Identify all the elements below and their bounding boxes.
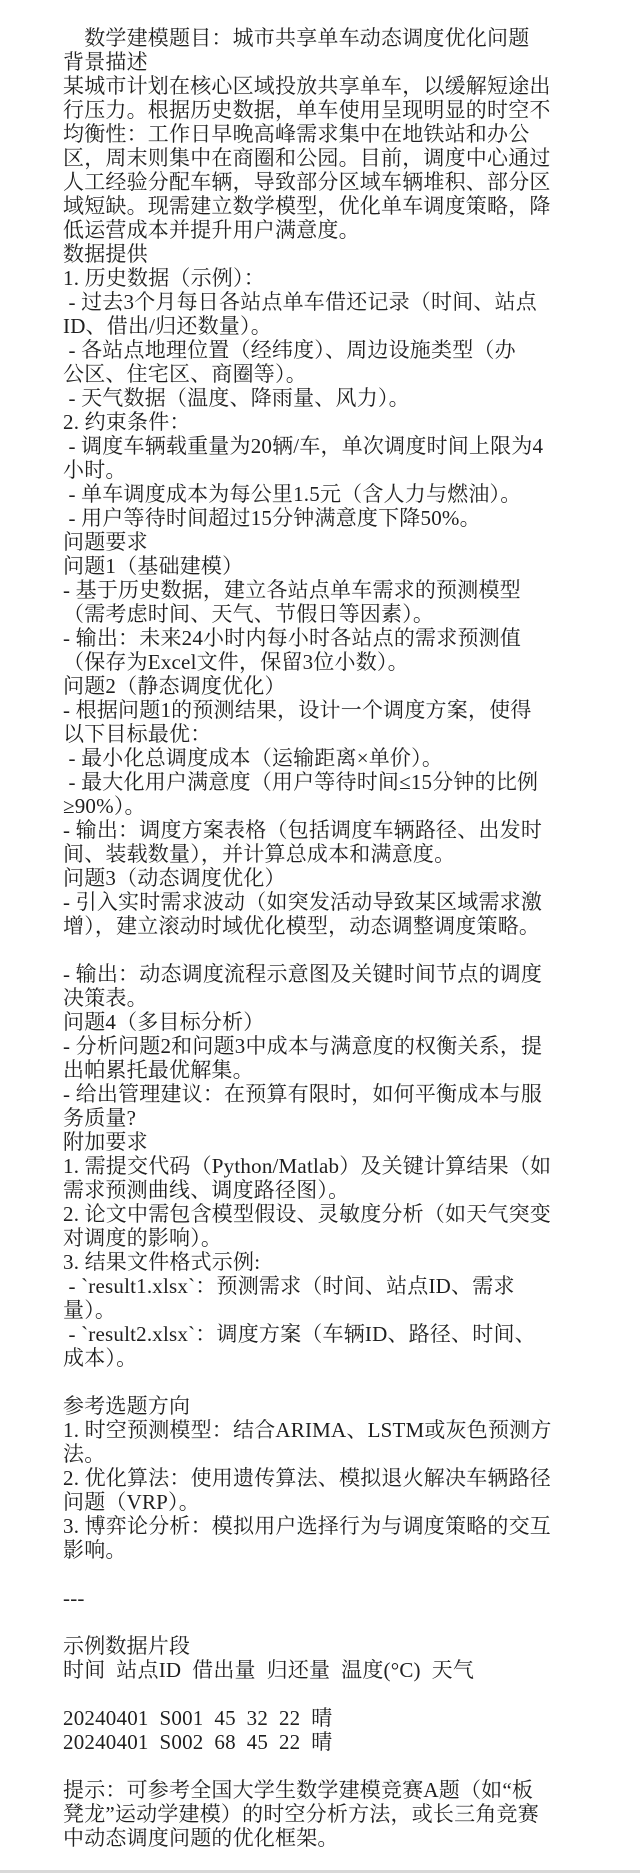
section-heading-reference: 参考选题方向 [63,1394,610,1418]
text-line [63,1610,610,1634]
text-line: 凳龙”运动学建模）的时空分析方法，或长三角竞赛 [63,1802,610,1826]
text-line: - 输出：动态调度流程示意图及关键时间节点的调度 [63,962,610,986]
text-line [63,1754,610,1778]
text-line [63,1370,610,1394]
text-line: 法。 [63,1442,610,1466]
text-line: - 各站点地理位置（经纬度）、周边设施类型（办 [63,338,610,362]
text-line: 人工经验分配车辆，导致部分区域车辆堆积、部分区 [63,170,610,194]
text-line [63,1562,610,1586]
text-line: - 引入实时需求波动（如突发活动导致某区域需求激 [63,890,610,914]
section-heading-requirements: 问题要求 [63,530,610,554]
text-line: 小时。 [63,458,610,482]
text-line: 务质量? [63,1106,610,1130]
text-line: 低运营成本并提升用户满意度。 [63,218,610,242]
sample-table-row-1: 20240401 S001 45 32 22 晴 [63,1706,610,1730]
text-line: 增），建立滚动时域优化模型，动态调整调度策略。 [63,914,610,938]
text-line [63,938,610,962]
text-line: 2. 约束条件： [63,410,610,434]
section-heading-additional: 附加要求 [63,1130,610,1154]
text-line: - 给出管理建议：在预算有限时，如何平衡成本与服 [63,1082,610,1106]
text-line: 2. 论文中需包含模型假设、灵敏度分析（如天气突变 [63,1202,610,1226]
text-line: - 过去3个月每日各站点单车借还记录（时间、站点 [63,290,610,314]
text-line: 3. 结果文件格式示例: [63,1250,610,1274]
text-line: - 用户等待时间超过15分钟满意度下降50%。 [63,506,610,530]
text-line: 对调度的影响）。 [63,1226,610,1250]
text-line: （需考虑时间、天气、节假日等因素）。 [63,602,610,626]
problem-4-heading: 问题4（多目标分析） [63,1010,610,1034]
text-line: - 单车调度成本为每公里1.5元（含人力与燃油）。 [63,482,610,506]
text-line: - 天气数据（温度、降雨量、风力）。 [63,386,610,410]
text-line: 决策表。 [63,986,610,1010]
text-line [63,1682,610,1706]
text-line: 量）。 [63,1298,610,1322]
document-body: 数学建模题目：城市共享单车动态调度优化问题背景描述某城市计划在核心区域投放共享单… [0,0,640,1850]
text-line: - `result1.xlsx`：预测需求（时间、站点ID、需求 [63,1274,610,1298]
text-line: 影响。 [63,1538,610,1562]
text-line: - `result2.xlsx`：调度方案（车辆ID、路径、时间、 [63,1322,610,1346]
text-line: 成本）。 [63,1346,610,1370]
screenshot-root: { "page": { "background": "#ffffff", "te… [0,0,640,1873]
text-line: ID、借出/归还数量）。 [63,314,610,338]
text-line: 问题（VRP）。 [63,1490,610,1514]
sample-table-row-2: 20240401 S002 68 45 22 晴 [63,1730,610,1754]
text-line: 公区、住宅区、商圈等）。 [63,362,610,386]
text-line: 区，周末则集中在商圈和公园。目前，调度中心通过 [63,146,610,170]
text-line: - 基于历史数据，建立各站点单车需求的预测模型 [63,578,610,602]
text-line: - 输出：调度方案表格（包括调度车辆路径、出发时 [63,818,610,842]
text-line: 需求预测曲线、调度路径图）。 [63,1178,610,1202]
divider-dashes: --- [63,1586,610,1610]
section-heading-sample-data: 示例数据片段 [63,1634,610,1658]
text-line: ≥90%）。 [63,794,610,818]
text-line: 域短缺。现需建立数学模型，优化单车调度策略，降 [63,194,610,218]
text-line: 以下目标最优： [63,722,610,746]
text-line: 2. 优化算法：使用遗传算法、模拟退火解决车辆路径 [63,1466,610,1490]
sample-table-header: 时间 站点ID 借出量 归还量 温度(°C) 天气 [63,1658,610,1682]
section-heading-background: 背景描述 [63,50,610,74]
text-line: 1. 历史数据（示例）： [63,266,610,290]
text-line: 提示：可参考全国大学生数学建模竞赛A题（如“板 [63,1778,610,1802]
text-line: - 分析问题2和问题3中成本与满意度的权衡关系，提 [63,1034,610,1058]
text-line: 某城市计划在核心区域投放共享单车，以缓解短途出 [63,74,610,98]
text-line: 均衡性：工作日早晚高峰需求集中在地铁站和办公 [63,122,610,146]
section-heading-data: 数据提供 [63,242,610,266]
problem-3-heading: 问题3（动态调度优化） [63,866,610,890]
text-line: 3. 博弈论分析：模拟用户选择行为与调度策略的交互 [63,1514,610,1538]
text-line: 1. 需提交代码（Python/Matlab）及关键计算结果（如 [63,1154,610,1178]
text-line: - 调度车辆载重量为20辆/车，单次调度时间上限为4 [63,434,610,458]
problem-1-heading: 问题1（基础建模） [63,554,610,578]
text-line: - 最小化总调度成本（运输距离×单价）。 [63,746,610,770]
text-line: - 根据问题1的预测结果，设计一个调度方案，使得 [63,698,610,722]
text-line: （保存为Excel文件，保留3位小数）。 [63,650,610,674]
text-line: - 最大化用户满意度（用户等待时间≤15分钟的比例 [63,770,610,794]
document-title: 数学建模题目：城市共享单车动态调度优化问题 [63,26,610,50]
text-line: 间、装载数量），并计算总成本和满意度。 [63,842,610,866]
text-line: 1. 时空预测模型：结合ARIMA、LSTM或灰色预测方 [63,1418,610,1442]
text-line: 行压力。根据历史数据，单车使用呈现明显的时空不 [63,98,610,122]
text-line: - 输出：未来24小时内每小时各站点的需求预测值 [63,626,610,650]
problem-2-heading: 问题2（静态调度优化） [63,674,610,698]
text-line: 中动态调度问题的优化框架。 [63,1826,610,1850]
text-line: 出帕累托最优解集。 [63,1058,610,1082]
